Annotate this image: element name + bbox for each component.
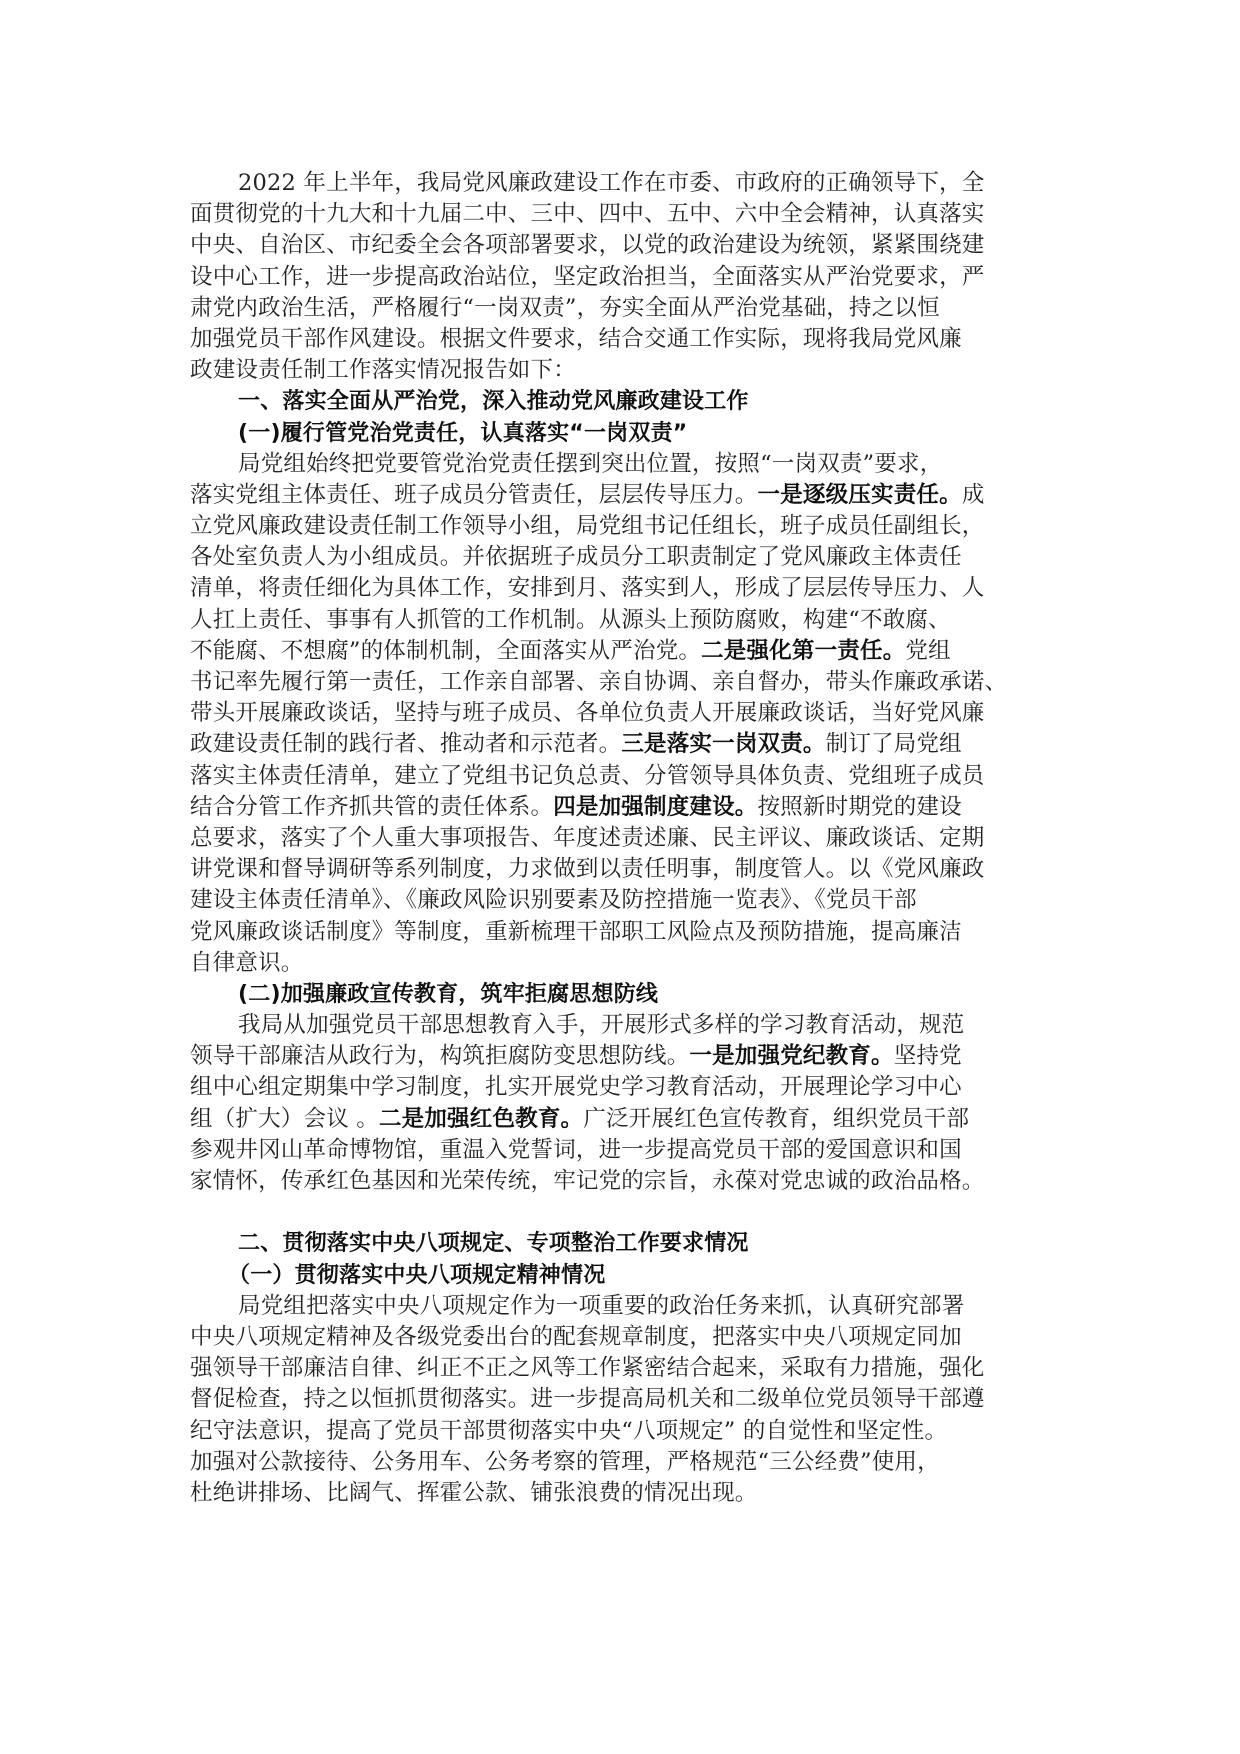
bold-keyphrase: 一是加强党纪教育。 (689, 1043, 893, 1069)
text-run: 建设主体责任清单》、《廉政风险识别要素及防控措施一览表》、《党员干部 (190, 887, 917, 913)
text-run: 参观井冈山革命博物馆，重温入党誓词，进一步提高党员干部的爱国意识和国 (190, 1137, 962, 1163)
text-line: 中央八项规定精神及各级党委出台的配套规章制度，把落实中央八项规定同加 (190, 1322, 1060, 1353)
text-run: 组中心组定期集中学习制度，扎实开展党史学习教育活动，开展理论学习中心 (190, 1074, 962, 1100)
text-line: 肃党内政治生活，严格履行“一岗双责”，夯实全面从严治党基础，持之以恒 (190, 293, 1060, 324)
bold-keyphrase: 三是落实一岗双责。 (621, 731, 825, 757)
text-line: 局党组始终把党要管党治党责任摆到突出位置，按照“一岗双责”要求， (190, 449, 1060, 480)
text-line: 结合分管工作齐抓共管的责任体系。四是加强制度建设。按照新时期党的建设 (190, 792, 1060, 823)
section-1-sub-1-heading: (一)履行管党治党责任，认真落实“一岗双责” (190, 418, 1060, 449)
text-run: 总要求，落实了个人重大事项报告、年度述责述廉、民主评议、廉政谈话、定期 (190, 825, 985, 851)
text-run: 党组 (905, 638, 950, 664)
text-line: 党风廉政谈话制度》等制度，重新梳理干部职工风险点及预防措施，提高廉洁 (190, 917, 1060, 948)
section-1-sub-2-heading: (二)加强廉政宣传教育，筑牢拒腐思想防线 (190, 979, 1060, 1010)
text-run: 局党组始终把党要管党治党责任摆到突出位置，按照“一岗双责”要求， (238, 451, 942, 477)
text-run: 落实党组主体责任、班子成员分管责任，层层传导压力。 (190, 482, 758, 508)
text-line: 强领导干部廉洁自律、纠正不正之风等工作紧密结合起来，采取有力措施，强化 (190, 1353, 1060, 1384)
spacer (190, 1197, 1060, 1228)
text-run: 政建设责任制的践行者、推动者和示范者。 (190, 731, 621, 757)
text-run: 落实主体责任清单，建立了党组书记负总责、分管领导具体负责、党组班子成员 (190, 763, 985, 789)
text-run: 广泛开展红色宣传教育，组织党员干部 (583, 1106, 969, 1132)
text-line: 落实主体责任清单，建立了党组书记负总责、分管领导具体负责、党组班子成员 (190, 761, 1060, 792)
text-run: 领导干部廉洁从政行为，构筑拒腐防变思想防线。 (190, 1043, 689, 1069)
section-2-heading: 二、贯彻落实中央八项规定、专项整治工作要求情况 (190, 1228, 1060, 1259)
text-line: 组中心组定期集中学习制度，扎实开展党史学习教育活动，开展理论学习中心 (190, 1072, 1060, 1103)
section-2-sub-1-body: 局党组把落实中央八项规定作为一项重要的政治任务来抓，认真研究部署 中央八项规定精… (190, 1291, 1060, 1509)
text-line: 设中心工作，进一步提高政治站位，坚定政治担当，全面落实从严治党要求，严 (190, 262, 1060, 293)
section-1-sub-1-body: 局党组始终把党要管党治党责任摆到突出位置，按照“一岗双责”要求，落实党组主体责任… (190, 449, 1060, 979)
text-line: 人扛上责任、事事有人抓管的工作机制。从源头上预防腐败，构建“不敢腐、 (190, 605, 1060, 636)
text-line: 我局从加强党员干部思想教育入手，开展形式多样的学习教育活动，规范 (190, 1010, 1060, 1041)
text-run: 讲党课和督导调研等系列制度，力求做到以责任明事，制度管人。以《党风廉政 (190, 856, 985, 882)
text-line: 参观井冈山革命博物馆，重温入党誓词，进一步提高党员干部的爱国意识和国 (190, 1135, 1060, 1166)
text-run: 按照新时期党的建设 (758, 794, 962, 820)
text-run: 结合分管工作齐抓共管的责任体系。 (190, 794, 553, 820)
text-line: 书记率先履行第一责任，工作亲自部署、亲自协调、亲自督办，带头作廉政承诺、 (190, 667, 1060, 698)
text-line: 家情怀，传承红色基因和光荣传统，牢记党的宗旨，永葆对党忠诚的政治品格。 (190, 1166, 1060, 1197)
text-run: 党风廉政谈话制度》等制度，重新梳理干部职工风险点及预防措施，提高廉洁 (190, 919, 962, 945)
intro-paragraph: 2022 年上半年，我局党风廉政建设工作在市委、市政府的正确领导下，全 面贯彻党… (190, 168, 1060, 386)
text-line: 督促检查，持之以恒抓贯彻落实。进一步提高局机关和二级单位党员领导干部遵 (190, 1384, 1060, 1415)
text-line: 各处室负责人为小组成员。并依据班子成员分工职责制定了党风廉政主体责任 (190, 542, 1060, 573)
text-run: 带头开展廉政谈话，坚持与班子成员、各单位负责人开展廉政谈话，当好党风廉 (190, 700, 985, 726)
text-run: 我局从加强党员干部思想教育入手，开展形式多样的学习教育活动，规范 (238, 1012, 964, 1038)
text-line: 讲党课和督导调研等系列制度，力求做到以责任明事，制度管人。以《党风廉政 (190, 854, 1060, 885)
text-line: 自律意识。 (190, 948, 1060, 979)
text-run: 自律意识。 (190, 950, 304, 976)
section-2-sub-1-heading: （一）贯彻落实中央八项规定精神情况 (190, 1260, 1060, 1291)
text-run: 人扛上责任、事事有人抓管的工作机制。从源头上预防腐败，构建“不敢腐、 (190, 607, 951, 633)
text-run: 立党风廉政建设责任制工作领导小组，局党组书记任组长，班子成员任副组长， (190, 513, 985, 539)
text-run: 清单，将责任细化为具体工作，安排到月、落实到人，形成了层层传导压力、人 (190, 575, 985, 601)
bold-keyphrase: 二是加强红色教育。 (379, 1106, 583, 1132)
text-run: 书记率先履行第一责任，工作亲自部署、亲自协调、亲自督办，带头作廉政承诺、 (190, 669, 1007, 695)
text-line: 局党组把落实中央八项规定作为一项重要的政治任务来抓，认真研究部署 (190, 1291, 1060, 1322)
text-line: 立党风廉政建设责任制工作领导小组，局党组书记任组长，班子成员任副组长， (190, 511, 1060, 542)
text-run: 各处室负责人为小组成员。并依据班子成员分工职责制定了党风廉政主体责任 (190, 544, 962, 570)
text-line: 加强党员干部作风建设。根据文件要求，结合交通工作实际，现将我局党风廉 (190, 324, 1060, 355)
text-run: 组（扩大）会议 。 (190, 1106, 379, 1132)
text-line: 建设主体责任清单》、《廉政风险识别要素及防控措施一览表》、《党员干部 (190, 885, 1060, 916)
bold-keyphrase: 四是加强制度建设。 (553, 794, 757, 820)
text-line: 杜绝讲排场、比阔气、挥霍公款、铺张浪费的情况出现。 (190, 1478, 1060, 1509)
text-line: 2022 年上半年，我局党风廉政建设工作在市委、市政府的正确领导下，全 (190, 168, 1060, 199)
text-line: 面贯彻党的十九大和十九届二中、三中、四中、五中、六中全会精神，认真落实 (190, 199, 1060, 230)
text-line: 落实党组主体责任、班子成员分管责任，层层传导压力。一是逐级压实责任。成 (190, 480, 1060, 511)
bold-keyphrase: 二是强化第一责任。 (701, 638, 905, 664)
text-line: 带头开展廉政谈话，坚持与班子成员、各单位负责人开展廉政谈话，当好党风廉 (190, 698, 1060, 729)
section-1-sub-2-body: 我局从加强党员干部思想教育入手，开展形式多样的学习教育活动，规范领导干部廉洁从政… (190, 1010, 1060, 1197)
document-page: 2022 年上半年，我局党风廉政建设工作在市委、市政府的正确领导下，全 面贯彻党… (190, 168, 1060, 1509)
text-run: 不能腐、不想腐”的体制机制，全面落实从严治党。 (190, 638, 701, 664)
text-line: 领导干部廉洁从政行为，构筑拒腐防变思想防线。一是加强党纪教育。坚持党 (190, 1041, 1060, 1072)
text-line: 不能腐、不想腐”的体制机制，全面落实从严治党。二是强化第一责任。党组 (190, 636, 1060, 667)
section-1-heading: 一、落实全面从严治党，深入推动党风廉政建设工作 (190, 386, 1060, 417)
text-line: 政建设责任制工作落实情况报告如下： (190, 355, 1060, 386)
text-line: 中央、自治区、市纪委全会各项部署要求，以党的政治建设为统领，紧紧围绕建 (190, 230, 1060, 261)
text-line: 政建设责任制的践行者、推动者和示范者。三是落实一岗双责。制订了局党组 (190, 729, 1060, 760)
text-run: 成 (962, 482, 985, 508)
text-line: 纪守法意识，提高了党员干部贯彻落实中央“八项规定” 的自觉性和坚定性。 (190, 1416, 1060, 1447)
text-line: 加强对公款接待、公务用车、公务考察的管理，严格规范“三公经费”使用， (190, 1447, 1060, 1478)
text-run: 家情怀，传承红色基因和光荣传统，牢记党的宗旨，永葆对党忠诚的政治品格。 (190, 1168, 985, 1194)
bold-keyphrase: 一是逐级压实责任。 (758, 482, 962, 508)
text-run: 坚持党 (894, 1043, 962, 1069)
text-line: 清单，将责任细化为具体工作，安排到月、落实到人，形成了层层传导压力、人 (190, 573, 1060, 604)
text-run: 制订了局党组 (826, 731, 962, 757)
text-line: 组（扩大）会议 。二是加强红色教育。广泛开展红色宣传教育，组织党员干部 (190, 1104, 1060, 1135)
text-line: 总要求，落实了个人重大事项报告、年度述责述廉、民主评议、廉政谈话、定期 (190, 823, 1060, 854)
